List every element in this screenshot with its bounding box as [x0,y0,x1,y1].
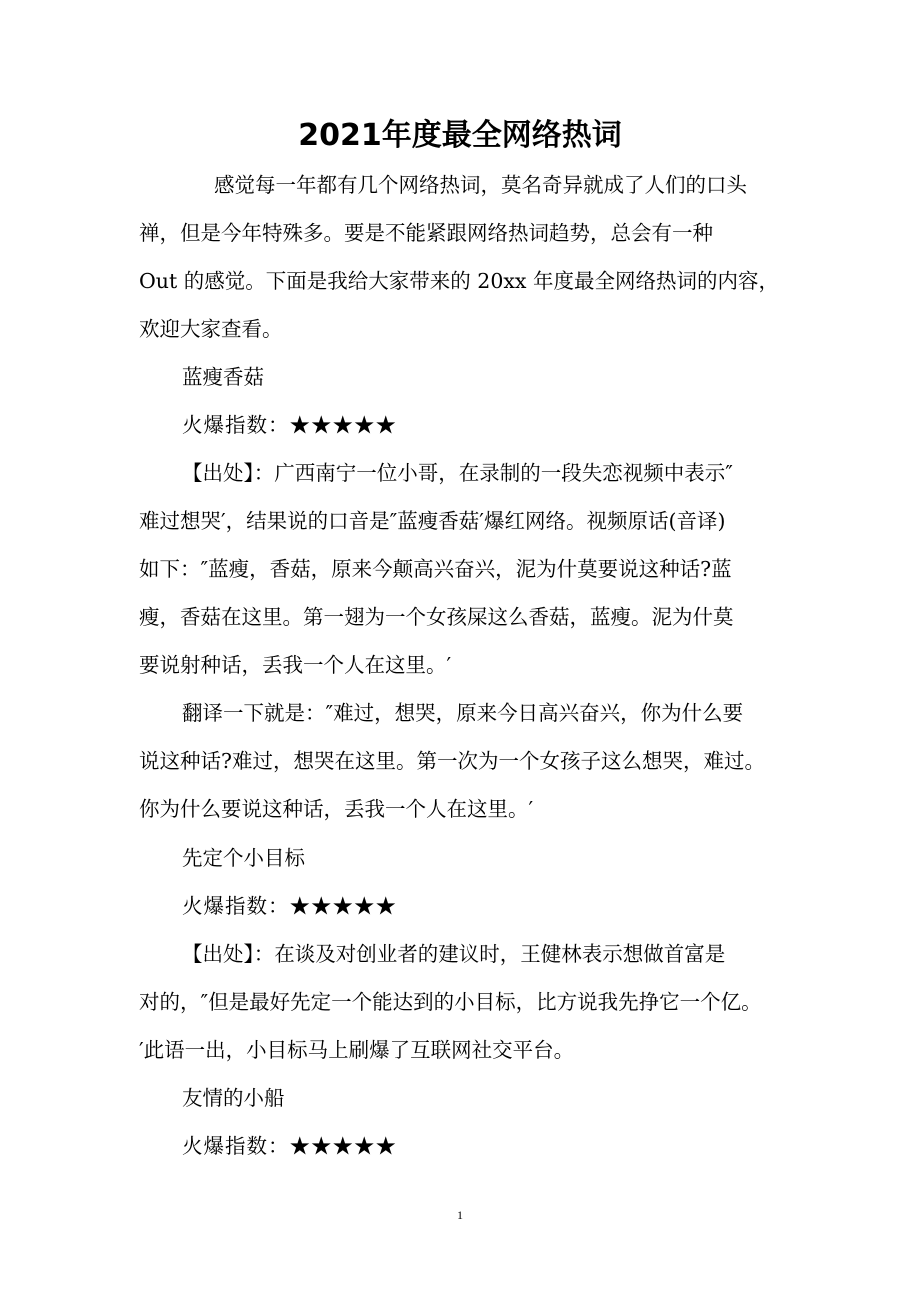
section-heading: 先定个小目标 [182,843,305,873]
paragraph-line: Out 的感觉。下面是我给大家带来的 20xx 年度最全网络热词的内容， [139,266,779,296]
paragraph-line: 【出处】：广西南宁一位小哥，在录制的一段失恋视频中表示″ [182,458,733,488]
paragraph-line: 要说射种话，丢我一个人在这里。′ [139,650,451,680]
paragraph-line: 说这种话?难过，想哭在这里。第一次为一个女孩子这么想哭，难过。 [139,746,765,776]
paragraph-line: 【出处】：在谈及对创业者的建议时，王健林表示想做首富是 [182,939,725,969]
paragraph-line: 如下：″蓝瘦，香菇，原来今颠高兴奋兴，泥为什莫要说这种话?蓝 [139,554,732,584]
paragraph-line: 对的，″但是最好先定一个能达到的小目标，比方说我先挣它一个亿。 [139,987,762,1017]
popularity-rating: 火爆指数：★★★★★ [182,1131,397,1161]
page-number: 1 [0,1208,920,1223]
paragraph-line: 难过想哭′，结果说的口音是″蓝瘦香菇′爆红网络。视频原话(音译) [139,506,725,536]
paragraph-line: ′此语一出，小目标马上刷爆了互联网社交平台。 [139,1035,574,1065]
popularity-rating: 火爆指数：★★★★★ [182,410,397,440]
document-title: 2021年度最全网络热词 [0,112,920,160]
paragraph-line: 感觉每一年都有几个网络热词，莫名奇异就成了人们的口头 [214,170,747,200]
paragraph-line: 你为什么要说这种话，丢我一个人在这里。′ [139,794,533,824]
paragraph-line: 瘦，香菇在这里。第一翅为一个女孩屎这么香菇，蓝瘦。泥为什莫 [139,602,734,632]
section-heading: 友情的小船 [182,1083,285,1113]
paragraph-line: 欢迎大家查看。 [139,314,283,344]
paragraph-line: 翻译一下就是：″难过，想哭，原来今日高兴奋兴，你为什么要 [182,698,743,728]
section-heading: 蓝瘦香菇 [182,362,264,392]
popularity-rating: 火爆指数：★★★★★ [182,891,397,921]
paragraph-line: 禅，但是今年特殊多。要是不能紧跟网络热词趋势，总会有一种 [139,218,713,248]
